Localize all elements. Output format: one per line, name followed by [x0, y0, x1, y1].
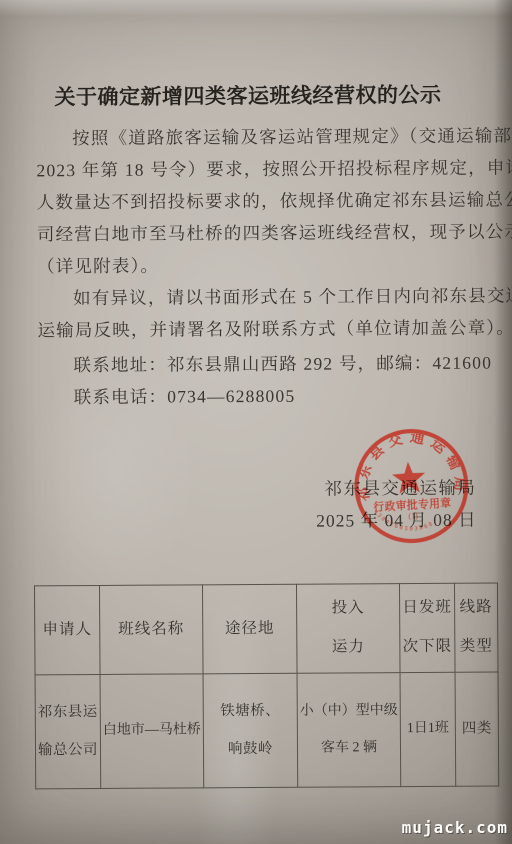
site-watermark: mujack.com — [402, 818, 508, 837]
official-seal: 祁东县交通运输局 行政审批专用章 (1) 4304260303868 — [348, 423, 475, 550]
col-header-route-type: 线路 类型 — [454, 583, 498, 672]
col-header-applicant: 申请人 — [34, 585, 100, 674]
col-header-route-name: 班线名称 — [99, 585, 203, 675]
seal-star-icon — [391, 461, 426, 494]
body-line: （详见附表）。 — [37, 248, 491, 283]
body-line: 按照《道路旅客运输及客运站管理规定》（交通运输部 — [36, 120, 490, 155]
cell-via: 铁塘桥、 响鼓岭 — [203, 673, 298, 788]
cell-daily-min: 1日1班 — [400, 672, 456, 786]
cell-route-name: 白地市—马杜桥 — [100, 674, 204, 789]
contact-phone: 联系电话：0734—6288005 — [38, 379, 492, 414]
body-text: 按照《道路旅客运输及客运站管理规定》（交通运输部 2023 年第 18 号令）要… — [36, 120, 492, 414]
seal-ring-text: 祁东县交通运输局 — [350, 424, 470, 504]
body-line: 2023 年第 18 号令）要求，按照公开招投标程序规定，申请 — [36, 152, 490, 187]
body-line: 运输局反映，并请署名及附联系方式（单位请加盖公章）。 — [37, 312, 491, 347]
document-page: 关于确定新增四类客运班线经营权的公示 按照《道路旅客运输及客运站管理规定》（交通… — [0, 0, 512, 844]
body-line: 如有异议，请以书面形式在 5 个工作日内向祁东县交通 — [37, 280, 491, 315]
page-title: 关于确定新增四类客运班线经营权的公示 — [0, 79, 498, 112]
cell-applicant: 祁东县运 输总公司 — [35, 674, 101, 788]
cell-capacity: 小（中）型中级 客车 2 辆 — [297, 673, 401, 788]
col-header-daily-min: 日发班 次下限 — [399, 583, 455, 672]
document-photo: 关于确定新增四类客运班线经营权的公示 按照《道路旅客运输及客运站管理规定》（交通… — [0, 0, 512, 844]
table-header-row: 申请人 班线名称 途径地 投入 运力 日发班 次下限 线路 类型 — [34, 583, 498, 675]
svg-text:祁东县交通运输局: 祁东县交通运输局 — [350, 424, 470, 504]
seal-index-text: (1) — [408, 511, 418, 521]
route-table: 申请人 班线名称 途径地 投入 运力 日发班 次下限 线路 类型 祁东县运 输总… — [34, 583, 499, 790]
cell-route-type: 四类 — [455, 672, 499, 786]
contact-address: 联系地址：祁东县鼎山西路 292 号，邮编：421600 — [38, 347, 492, 382]
col-header-capacity: 投入 运力 — [296, 584, 400, 674]
body-line: 人数量达不到招投标要求的，依规择优确定祁东县运输总公 — [37, 184, 491, 219]
body-line: 司经营白地市至马杜桥的四类客运班线经营权，现予以公示 — [37, 216, 491, 251]
table-row: 祁东县运 输总公司 白地市—马杜桥 铁塘桥、 响鼓岭 小（中）型中级 客车 2 … — [35, 672, 499, 789]
col-header-via: 途径地 — [202, 584, 297, 674]
